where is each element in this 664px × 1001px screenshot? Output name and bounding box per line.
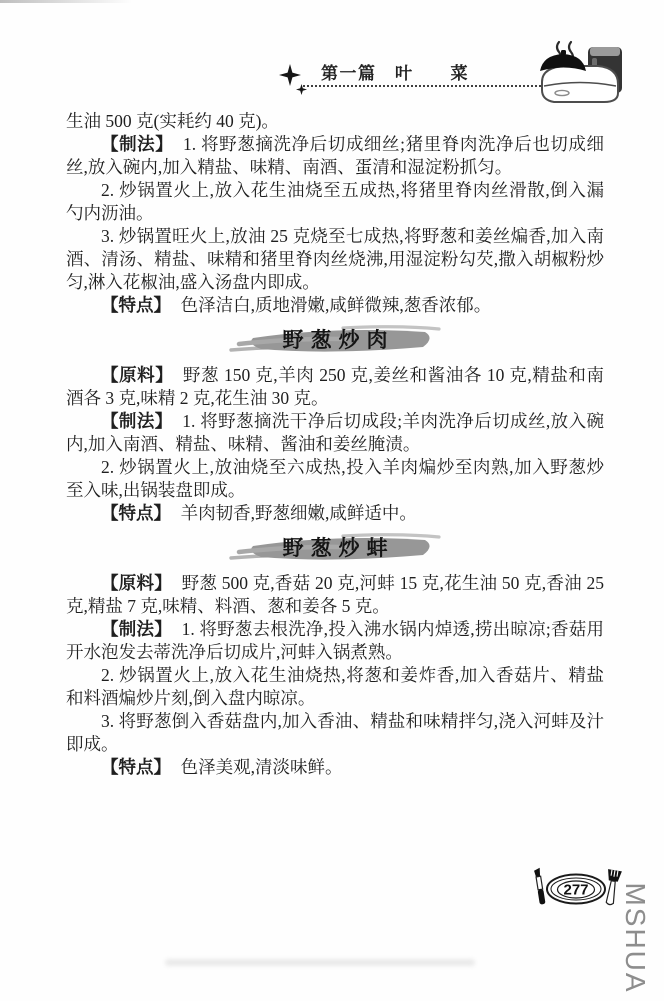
paragraph: 2. 炒锅置火上,放油烧至六成热,投入羊肉煸炒至肉熟,加入野葱炒至入味,出锅装盘… [66, 456, 604, 502]
paragraph-text: 3. 炒锅置旺火上,放油 25 克烧至七成热,将野葱和姜丝煸香,加入南酒、清汤、… [66, 226, 604, 292]
recipe-title-block: 野葱炒蚌 [225, 528, 445, 568]
scan-artifact-smudge [165, 959, 475, 966]
paragraph: 2. 炒锅置火上,放入花生油烧至五成热,将猪里脊肉丝滑散,倒入漏勺内沥油。 [66, 179, 604, 225]
paragraph: 生油 500 克(实耗约 40 克)。 [66, 110, 604, 133]
book-page: 第一篇 叶 菜 生油 500 克(实耗约 40 克)。 【制法】1. 将野葱摘洗… [0, 0, 664, 1001]
paragraph-text: 色泽洁白,质地滑嫩,咸鲜微辣,葱香浓郁。 [181, 295, 492, 315]
paragraph-text: 3. 将野葱倒入香菇盘内,加入香油、精盐和味精拌匀,浇入河蚌及汁即成。 [66, 711, 604, 754]
sparkle-icon [279, 64, 311, 98]
paragraph: 【特点】色泽美观,清淡味鲜。 [66, 756, 604, 779]
page-number: 277 [563, 882, 588, 899]
recipe-title-block: 野葱炒肉 [225, 320, 445, 360]
paragraph: 【制法】1. 将野葱去根洗净,投入沸水锅内焯透,捞出晾凉;香菇用开水泡发去蒂洗净… [66, 618, 604, 664]
dotted-leader-line [303, 85, 545, 87]
chapter-title: 第一篇 叶 菜 [321, 59, 469, 84]
paragraph-text: 色泽美观,清淡味鲜。 [181, 757, 343, 777]
paragraph: 【特点】羊肉韧香,野葱细嫩,咸鲜适中。 [66, 502, 604, 525]
paragraph: 3. 炒锅置旺火上,放油 25 克烧至七成热,将野葱和姜丝煸香,加入南酒、清汤、… [66, 225, 604, 294]
paragraph-label: 【特点】 [101, 295, 171, 315]
paragraph: 3. 将野葱倒入香菇盘内,加入香油、精盐和味精拌匀,浇入河蚌及汁即成。 [66, 710, 604, 756]
paragraph: 【特点】色泽洁白,质地滑嫩,咸鲜微辣,葱香浓郁。 [66, 294, 604, 317]
paragraph-text: 2. 炒锅置火上,放油烧至六成热,投入羊肉煸炒至肉熟,加入野葱炒至入味,出锅装盘… [66, 457, 604, 500]
recipe-title: 野葱炒肉 [225, 320, 445, 360]
page-number-plate: 277 [527, 867, 625, 911]
paragraph: 【原料】野葱 500 克,香菇 20 克,河蚌 15 克,花生油 50 克,香油… [66, 572, 604, 618]
paragraph: 【制法】1. 将野葱摘洗净后切成细丝;猪里脊肉洗净后也切成细丝,放入碗内,加入精… [66, 133, 604, 179]
page-content: 生油 500 克(实耗约 40 克)。 【制法】1. 将野葱摘洗净后切成细丝;猪… [66, 110, 604, 779]
paragraph-label: 【制法】 [101, 134, 173, 154]
paragraph-text: 2. 炒锅置火上,放入花生油烧至五成热,将猪里脊肉丝滑散,倒入漏勺内沥油。 [66, 180, 604, 223]
paragraph-label: 【特点】 [101, 757, 171, 777]
paragraph-text: 羊肉韧香,野葱细嫩,咸鲜适中。 [181, 503, 417, 523]
paragraph: 【制法】1. 将野葱摘洗干净后切成段;羊肉洗净后切成丝,放入碗内,加入南酒、精盐… [66, 410, 604, 456]
paragraph: 2. 炒锅置火上,放入花生油烧热,将葱和姜炸香,加入香菇片、精盐和料酒煸炒片刻,… [66, 664, 604, 710]
paragraph-label: 【原料】 [101, 573, 172, 593]
steaming-pot-icon [534, 40, 630, 106]
paragraph-text: 生油 500 克(实耗约 40 克)。 [66, 111, 279, 131]
paragraph-label: 【制法】 [101, 619, 172, 639]
paragraph-label: 【特点】 [101, 503, 171, 523]
paragraph-text: 2. 炒锅置火上,放入花生油烧热,将葱和姜炸香,加入香菇片、精盐和料酒煸炒片刻,… [66, 665, 604, 708]
knife-icon [534, 868, 546, 905]
paragraph: 【原料】野葱 150 克,羊肉 250 克,姜丝和酱油各 10 克,精盐和南酒各… [66, 364, 604, 410]
chapter-header: 第一篇 叶 菜 [0, 0, 664, 110]
watermark-text: MSHUA [615, 881, 651, 995]
paragraph-label: 【制法】 [101, 411, 173, 431]
paragraph-label: 【原料】 [101, 365, 173, 385]
recipe-title: 野葱炒蚌 [225, 528, 445, 568]
